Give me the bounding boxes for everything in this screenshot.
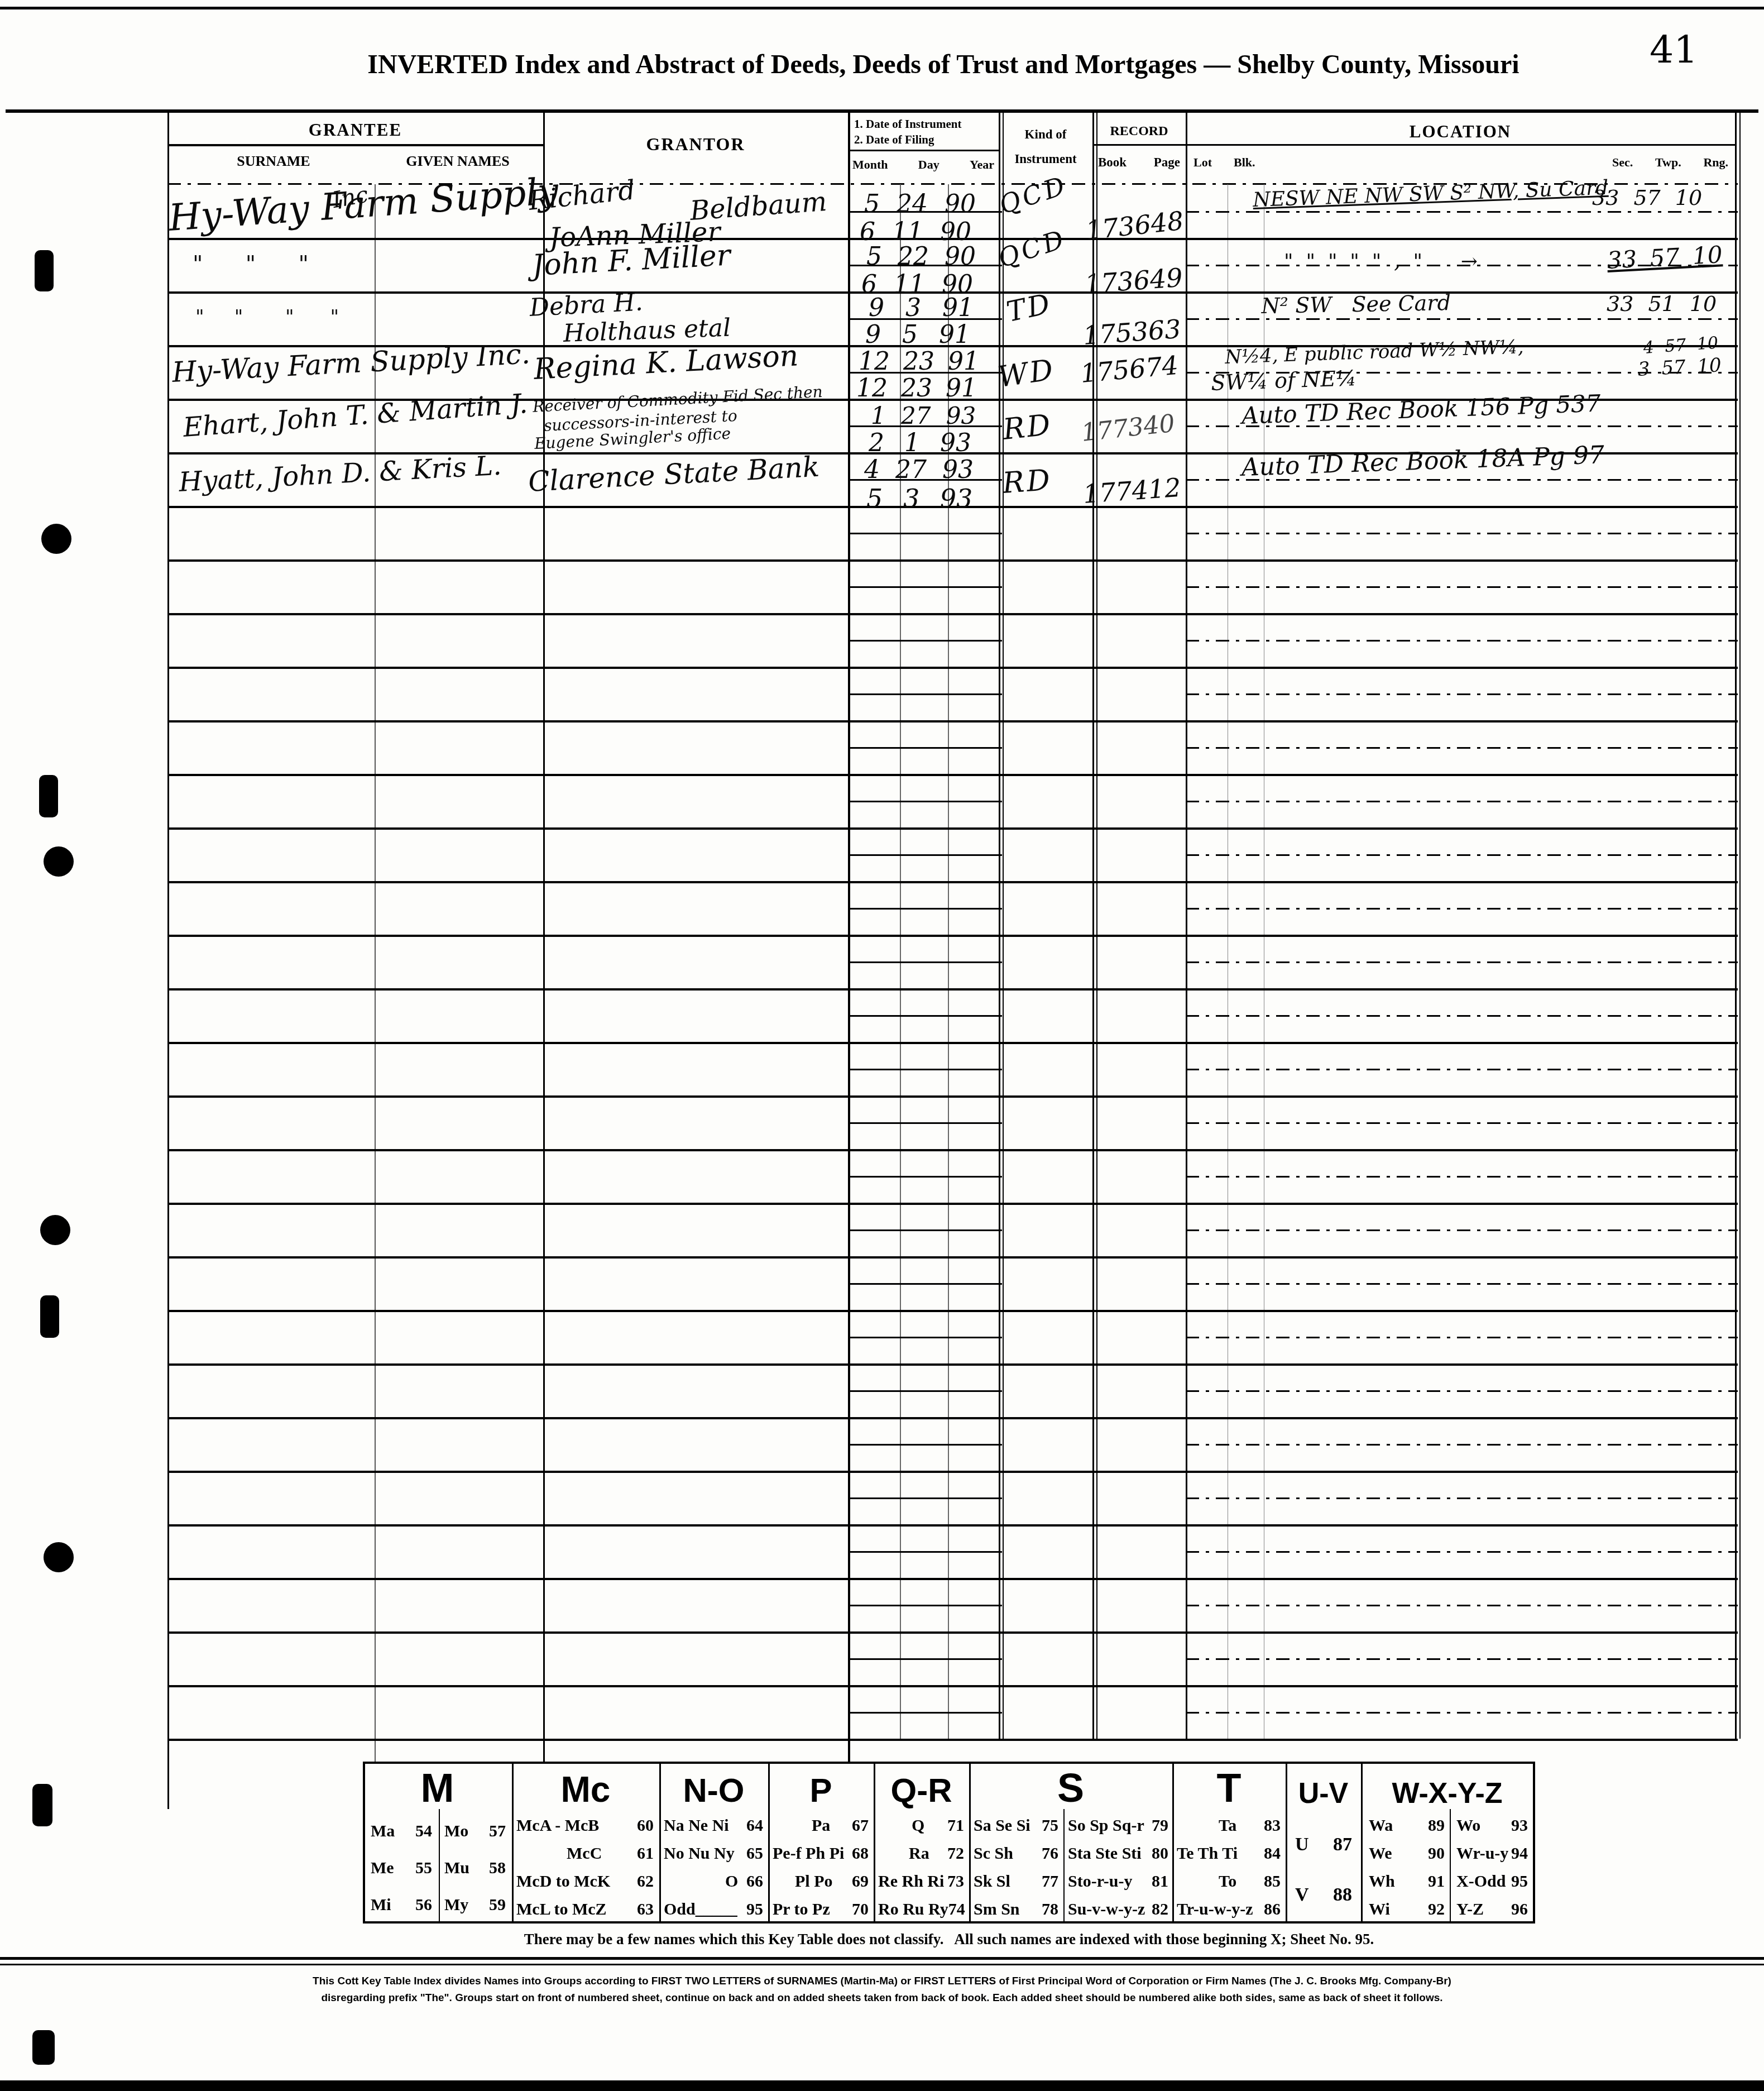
ruled-line bbox=[167, 613, 1738, 615]
key-entry: Te Th Ti84 bbox=[1177, 1841, 1281, 1866]
title-rule bbox=[6, 109, 1758, 113]
key-name: Me bbox=[371, 1859, 394, 1878]
key-name: Wa bbox=[1369, 1816, 1393, 1835]
date-mid-line bbox=[848, 1176, 1002, 1178]
header-sec: Sec. bbox=[1612, 155, 1633, 170]
punch-hole bbox=[40, 1215, 70, 1245]
location-mid-line bbox=[1186, 533, 1738, 534]
record-4-kind: WD bbox=[996, 353, 1057, 394]
key-num: 67 bbox=[852, 1816, 869, 1835]
key-num: 83 bbox=[1264, 1816, 1281, 1835]
key-num: 80 bbox=[1152, 1844, 1168, 1863]
key-letter-wxyz: W-X-Y-Z bbox=[1361, 1777, 1533, 1810]
key-name: Sk Sl bbox=[974, 1872, 1010, 1891]
ruled-line bbox=[167, 935, 1738, 937]
date-mid-line bbox=[848, 1658, 1002, 1660]
record-1-sec-twp-rng: 33 57 10 bbox=[1592, 185, 1702, 210]
table-left-edge bbox=[167, 112, 169, 1809]
header-date-line2: 2. Date of Filing bbox=[854, 133, 934, 147]
key-name: Pa bbox=[812, 1816, 830, 1835]
key-num: 66 bbox=[746, 1872, 763, 1891]
punch-hole bbox=[41, 524, 71, 554]
record-3-location: N² SW See Card bbox=[1261, 290, 1451, 318]
location-mid-line bbox=[1186, 1497, 1738, 1499]
page-top-edge bbox=[0, 7, 1764, 9]
header-blk: Blk. bbox=[1234, 155, 1255, 170]
key-num: 72 bbox=[947, 1844, 964, 1863]
key-entry: Pr to Pz70 bbox=[773, 1897, 869, 1922]
header-year: Year bbox=[970, 157, 994, 172]
key-letter-qr: Q-R bbox=[874, 1771, 969, 1810]
key-num: 88 bbox=[1333, 1884, 1352, 1906]
record-5-record-no: 177340 bbox=[1080, 409, 1176, 447]
key-subdivider-m bbox=[439, 1809, 440, 1923]
table-right-edge-2 bbox=[1739, 112, 1741, 1739]
key-name: Wo bbox=[1456, 1816, 1480, 1835]
header-given-names: GIVEN NAMES bbox=[368, 153, 547, 170]
date-mid-line bbox=[848, 908, 1002, 910]
location-mid-line bbox=[1186, 586, 1738, 588]
date-mid-line bbox=[848, 586, 1002, 588]
key-entry: Re Rh Ri73 bbox=[878, 1869, 964, 1894]
header-kind-line2: Instrument bbox=[999, 152, 1092, 166]
header-rng: Rng. bbox=[1703, 155, 1728, 170]
ruled-line bbox=[167, 1578, 1738, 1580]
location-mid-line bbox=[1186, 854, 1738, 856]
record-5-date-filing: 2 1 93 bbox=[869, 429, 971, 457]
key-entry: Odd_____95 bbox=[664, 1897, 763, 1922]
key-name: Ma bbox=[371, 1822, 395, 1841]
date-underline bbox=[848, 150, 999, 151]
binder-slot bbox=[35, 250, 54, 291]
key-num: 56 bbox=[415, 1896, 432, 1915]
key-num: 64 bbox=[746, 1816, 763, 1835]
key-num: 95 bbox=[1511, 1872, 1528, 1891]
key-entry: Sto-r-u-y81 bbox=[1068, 1869, 1168, 1894]
ruled-line bbox=[167, 1471, 1738, 1473]
location-mid-line bbox=[1186, 1390, 1738, 1392]
binder-slot bbox=[32, 2030, 55, 2065]
date-mid-line bbox=[848, 961, 1002, 963]
key-name: Pe-f Ph Pi bbox=[773, 1844, 844, 1863]
key-num: 77 bbox=[1042, 1872, 1058, 1891]
date-kind-divider bbox=[999, 112, 1000, 1739]
footer-rule-2 bbox=[0, 1964, 1764, 1965]
ruled-line bbox=[167, 1524, 1738, 1527]
key-num: 87 bbox=[1333, 1834, 1352, 1855]
key-name: Sc Sh bbox=[974, 1844, 1013, 1863]
key-entry: McD to McK62 bbox=[516, 1869, 654, 1894]
ruled-line bbox=[167, 1417, 1738, 1419]
ruled-line bbox=[167, 559, 1738, 562]
key-name: Mu bbox=[444, 1859, 469, 1878]
key-entry: Sm Sn78 bbox=[974, 1897, 1058, 1922]
key-entry: Wr-u-y94 bbox=[1456, 1841, 1528, 1866]
record-2-location-ditto: " " " " " , " → bbox=[1284, 250, 1478, 273]
date-mid-line bbox=[848, 693, 1002, 695]
key-num: 79 bbox=[1152, 1816, 1168, 1835]
header-month-day-year: Month Day Year bbox=[852, 157, 994, 172]
key-name: V bbox=[1295, 1884, 1309, 1906]
key-entry: Wo93 bbox=[1456, 1814, 1528, 1838]
key-name: Y-Z bbox=[1456, 1900, 1484, 1919]
page-bottom-edge bbox=[0, 2080, 1764, 2091]
ruled-line bbox=[167, 988, 1738, 991]
ruled-line bbox=[167, 774, 1738, 776]
record-2-grantee-ditto: " " " bbox=[193, 251, 309, 277]
header-month: Month bbox=[852, 157, 888, 172]
location-mid-line bbox=[1186, 640, 1738, 642]
record-2-record-no: 173649 bbox=[1084, 262, 1183, 299]
key-num: 92 bbox=[1428, 1900, 1445, 1919]
header-day: Day bbox=[918, 157, 939, 172]
key-num: 65 bbox=[746, 1844, 763, 1863]
header-date-line1: 1. Date of Instrument bbox=[854, 117, 961, 131]
key-num: 94 bbox=[1511, 1844, 1528, 1863]
key-name: Q bbox=[912, 1816, 924, 1835]
key-num: 95 bbox=[746, 1900, 763, 1919]
key-name: Te Th Ti bbox=[1177, 1844, 1238, 1863]
key-name: Ro Ru Ry bbox=[878, 1900, 948, 1919]
ruled-line bbox=[167, 1685, 1738, 1687]
record-location-divider bbox=[1186, 112, 1187, 1739]
header-book: Book bbox=[1098, 155, 1127, 170]
punch-hole bbox=[44, 846, 74, 877]
key-name: Na Ne Ni bbox=[664, 1816, 729, 1835]
key-name: O bbox=[725, 1872, 738, 1891]
record-4-location-l2: SW¼ of NE¼ bbox=[1210, 366, 1356, 395]
key-name: Mi bbox=[371, 1896, 391, 1915]
key-entry: McL to McZ63 bbox=[516, 1897, 654, 1922]
header-location: LOCATION bbox=[1186, 122, 1735, 142]
date-mid-line bbox=[848, 640, 1002, 642]
location-mid-line bbox=[1186, 1283, 1738, 1285]
date-mid-line bbox=[848, 1551, 1002, 1553]
date-mid-line bbox=[848, 1122, 1002, 1124]
binder-slot bbox=[40, 1295, 59, 1338]
date-mid-line bbox=[848, 1390, 1002, 1392]
key-num: 86 bbox=[1264, 1900, 1281, 1919]
record-6-record-no: 177412 bbox=[1082, 472, 1182, 509]
footer-line-2: disregarding prefix "The". Groups start … bbox=[240, 1992, 1524, 2004]
key-entry: U87 bbox=[1295, 1832, 1352, 1857]
key-num: 59 bbox=[489, 1896, 506, 1915]
footer-rule-1 bbox=[0, 1957, 1764, 1960]
record-1-location: NESW NE NW SW S² NW, Su Card bbox=[1253, 176, 1609, 212]
ruled-line bbox=[167, 881, 1738, 883]
ruled-line bbox=[167, 1631, 1738, 1634]
key-entry: McC61 bbox=[516, 1841, 654, 1866]
key-name: McC bbox=[567, 1844, 602, 1863]
punch-hole bbox=[44, 1542, 74, 1572]
ruled-line bbox=[167, 1095, 1738, 1098]
key-name: So Sp Sq-r bbox=[1068, 1816, 1144, 1835]
record-3-grantor-l2: Holthaus etal bbox=[563, 314, 731, 348]
key-name: Re Rh Ri bbox=[878, 1872, 944, 1891]
ruled-line bbox=[167, 667, 1738, 669]
header-book-page: Book Page bbox=[1098, 155, 1180, 170]
key-num: 96 bbox=[1511, 1900, 1528, 1919]
record-3-date-filing: 9 5 91 bbox=[865, 320, 970, 349]
key-entry: Wi92 bbox=[1369, 1897, 1445, 1922]
key-name: My bbox=[444, 1896, 468, 1915]
ruled-line bbox=[167, 1363, 1738, 1366]
key-name: Sm Sn bbox=[974, 1900, 1020, 1919]
header-page: Page bbox=[1154, 155, 1180, 170]
key-name: Sa Se Si bbox=[974, 1816, 1030, 1835]
record-3-sec-twp-rng: 33 51 10 bbox=[1607, 291, 1717, 316]
key-letter-p: P bbox=[768, 1771, 874, 1810]
key-num: 75 bbox=[1042, 1816, 1058, 1835]
key-num: 90 bbox=[1428, 1844, 1445, 1863]
date-mid-line bbox=[848, 1069, 1002, 1070]
location-mid-line bbox=[1186, 1712, 1738, 1714]
key-subdivider-w bbox=[1450, 1809, 1451, 1923]
key-name: Sta Ste Sti bbox=[1068, 1844, 1142, 1863]
key-name: McA - McB bbox=[516, 1816, 599, 1835]
date-mid-line bbox=[848, 854, 1002, 856]
key-num: 62 bbox=[637, 1872, 654, 1891]
key-entry: To85 bbox=[1177, 1869, 1281, 1894]
key-num: 71 bbox=[947, 1816, 964, 1835]
location-mid-line bbox=[1186, 801, 1738, 802]
location-mid-line bbox=[1186, 1444, 1738, 1446]
ruled-line bbox=[167, 1739, 1738, 1741]
key-name: Wh bbox=[1369, 1872, 1395, 1891]
header-grantee: GRANTEE bbox=[167, 120, 543, 140]
record-4-sec-twp-rng-a: 4 57 10 bbox=[1643, 333, 1719, 358]
key-letter-mc: Mc bbox=[512, 1769, 659, 1810]
key-name: McD to McK bbox=[516, 1872, 610, 1891]
key-num: 73 bbox=[947, 1872, 964, 1891]
key-entry: Na Ne Ni64 bbox=[664, 1814, 763, 1838]
location-mid-line bbox=[1186, 961, 1738, 963]
key-num: 57 bbox=[489, 1822, 506, 1841]
key-entry: Wa89 bbox=[1369, 1814, 1445, 1838]
key-entry: Pa67 bbox=[773, 1814, 869, 1838]
binder-slot bbox=[39, 775, 58, 817]
key-entry: Q71 bbox=[878, 1814, 964, 1838]
record-4-location-l1: N½4, E public road W½ NW¼, bbox=[1225, 336, 1524, 369]
record-3-grantee-ditto: " " " " bbox=[195, 306, 339, 328]
date-mid-line bbox=[848, 1015, 1002, 1017]
record-6-grantee: Hyatt, John D. & Kris L. bbox=[178, 450, 502, 498]
date-mid-line bbox=[848, 1444, 1002, 1446]
key-num: 76 bbox=[1042, 1844, 1058, 1863]
key-entry: X-Odd95 bbox=[1456, 1869, 1528, 1894]
location-mid-line bbox=[1186, 1605, 1738, 1606]
key-name: Wr-u-y bbox=[1456, 1844, 1508, 1863]
ruled-line bbox=[167, 1203, 1738, 1205]
key-entry: My59 bbox=[444, 1893, 506, 1917]
date-mid-line bbox=[848, 1337, 1002, 1338]
ruled-line bbox=[167, 1149, 1738, 1151]
key-name: Odd_____ bbox=[664, 1900, 737, 1919]
record-6-date-instrument: 4 27 93 bbox=[864, 456, 974, 484]
location-mid-line bbox=[1186, 1015, 1738, 1017]
date-kind-divider-2 bbox=[1003, 112, 1004, 1739]
key-name: McL to McZ bbox=[516, 1900, 607, 1919]
date-mid-line bbox=[848, 747, 1002, 749]
key-name: Tr-u-w-y-z bbox=[1177, 1900, 1253, 1919]
record-1-kind: QCD bbox=[995, 170, 1071, 220]
key-letter-no: N-O bbox=[659, 1771, 768, 1810]
date-mid-line bbox=[848, 533, 1002, 534]
key-entry: Ta83 bbox=[1177, 1814, 1281, 1838]
record-5-date-instrument: 1 27 93 bbox=[871, 402, 976, 429]
key-name: Pl Po bbox=[795, 1872, 833, 1891]
key-entry: V88 bbox=[1295, 1883, 1352, 1907]
key-entry: McA - McB60 bbox=[516, 1814, 654, 1838]
record-6-date-filing: 5 3 93 bbox=[866, 484, 972, 514]
key-name: Sto-r-u-y bbox=[1068, 1872, 1133, 1891]
date-mid-line bbox=[848, 1229, 1002, 1231]
key-entry: Ro Ru Ry74 bbox=[878, 1897, 964, 1922]
key-entry: Me55 bbox=[371, 1856, 432, 1881]
key-entry: Tr-u-w-y-z86 bbox=[1177, 1897, 1281, 1922]
key-num: 69 bbox=[852, 1872, 869, 1891]
key-letter-uv: U-V bbox=[1286, 1777, 1361, 1810]
page-title: INVERTED Index and Abstract of Deeds, De… bbox=[240, 49, 1647, 80]
date-mid-line bbox=[848, 1605, 1002, 1606]
key-entry: O66 bbox=[664, 1869, 763, 1894]
key-num: 74 bbox=[948, 1900, 965, 1919]
key-num: 93 bbox=[1511, 1816, 1528, 1835]
header-surname: SURNAME bbox=[184, 153, 363, 170]
location-mid-line bbox=[1186, 1122, 1738, 1124]
key-entry: Mi56 bbox=[371, 1893, 432, 1917]
key-entry: Mu58 bbox=[444, 1856, 506, 1881]
table-right-edge bbox=[1735, 112, 1737, 1739]
key-name: Su-v-w-y-z bbox=[1068, 1900, 1145, 1919]
footer-line-1: This Cott Key Table Index divides Names … bbox=[240, 1975, 1524, 1988]
key-entry: We90 bbox=[1369, 1841, 1445, 1866]
record-6-location: Auto TD Rec Book 18A Pg 97 bbox=[1241, 441, 1605, 482]
key-entry: Y-Z96 bbox=[1456, 1897, 1528, 1922]
record-4-record-no: 175674 bbox=[1079, 350, 1180, 389]
key-num: 54 bbox=[415, 1822, 432, 1841]
header-kind-line1: Kind of bbox=[999, 127, 1092, 142]
key-num: 60 bbox=[637, 1816, 654, 1835]
location-mid-line bbox=[1186, 1337, 1738, 1338]
key-entry: Sa Se Si75 bbox=[974, 1814, 1058, 1838]
ruled-line bbox=[167, 1310, 1738, 1312]
key-table-note: There may be a few names which this Key … bbox=[324, 1931, 1574, 1948]
page-number: 41 bbox=[1650, 28, 1698, 72]
key-num: 85 bbox=[1264, 1872, 1281, 1891]
record-3-date-instrument: 9 3 91 bbox=[869, 294, 974, 322]
record-4-date-filing: 12 23 91 bbox=[856, 374, 977, 403]
ledger-page: INVERTED Index and Abstract of Deeds, De… bbox=[0, 0, 1764, 2091]
key-entry: Sc Sh76 bbox=[974, 1841, 1058, 1866]
key-num: 82 bbox=[1152, 1900, 1168, 1919]
date-mid-line bbox=[848, 801, 1002, 802]
key-num: 55 bbox=[415, 1859, 432, 1878]
record-4-sec-twp-rng-b: 3 57 10 bbox=[1637, 354, 1722, 381]
date-mid-line bbox=[848, 1712, 1002, 1714]
header-grantor: GRANTOR bbox=[543, 134, 848, 155]
record-underline bbox=[1092, 144, 1186, 146]
location-mid-line bbox=[1186, 211, 1738, 213]
location-mid-line bbox=[1186, 693, 1738, 695]
record-6-kind: RD bbox=[1001, 463, 1053, 500]
ruled-line bbox=[167, 1042, 1738, 1044]
key-name: U bbox=[1295, 1834, 1309, 1855]
record-6-grantor: Clarence State Bank bbox=[528, 451, 820, 498]
record-2-kind: QCD bbox=[994, 223, 1070, 274]
location-mid-line bbox=[1186, 908, 1738, 910]
record-2-date-instrument: 5 22 90 bbox=[866, 242, 976, 271]
location-mid-line bbox=[1186, 747, 1738, 749]
key-num: 70 bbox=[852, 1900, 869, 1919]
key-entry: Ma54 bbox=[371, 1819, 432, 1844]
kind-record-divider-2 bbox=[1096, 112, 1097, 1739]
header-record: RECORD bbox=[1092, 124, 1186, 139]
location-mid-line bbox=[1186, 1176, 1738, 1178]
record-2-sec-twp-rng: 33 57 10 bbox=[1606, 241, 1723, 274]
record-4-date-instrument: 12 23 91 bbox=[859, 347, 979, 376]
key-name: Ra bbox=[909, 1844, 929, 1863]
key-num: 63 bbox=[637, 1900, 654, 1919]
key-num: 61 bbox=[637, 1844, 654, 1863]
key-num: 58 bbox=[489, 1859, 506, 1878]
grantee-underline bbox=[167, 144, 543, 146]
location-mid-line bbox=[1186, 1658, 1738, 1660]
key-num: 68 bbox=[852, 1844, 869, 1863]
key-letter-s: S bbox=[969, 1765, 1172, 1811]
record-5-grantee: Ehart, John T. & Martin J. bbox=[182, 388, 529, 443]
date-mid-line bbox=[848, 1497, 1002, 1499]
key-entry: Su-v-w-y-z82 bbox=[1068, 1897, 1168, 1922]
ruled-line bbox=[167, 1256, 1738, 1259]
ruled-line bbox=[167, 827, 1738, 830]
key-entry: So Sp Sq-r79 bbox=[1068, 1814, 1168, 1838]
key-entry: Sta Ste Sti80 bbox=[1068, 1841, 1168, 1866]
header-lot: Lot bbox=[1193, 155, 1212, 170]
location-mid-line bbox=[1186, 318, 1738, 320]
key-letter-m: M bbox=[363, 1765, 512, 1811]
key-num: 84 bbox=[1264, 1844, 1281, 1863]
location-mid-line bbox=[1186, 1229, 1738, 1231]
kind-record-divider bbox=[1092, 112, 1094, 1739]
key-name: No Nu Ny bbox=[664, 1844, 735, 1863]
record-1-date-instrument: 5 24 90 bbox=[864, 190, 976, 218]
key-entry: Pe-f Ph Pi68 bbox=[773, 1841, 869, 1866]
key-entry: Wh91 bbox=[1369, 1869, 1445, 1894]
key-name: We bbox=[1369, 1844, 1392, 1863]
location-mid-line bbox=[1186, 1069, 1738, 1070]
key-letter-t: T bbox=[1172, 1765, 1286, 1811]
key-name: Wi bbox=[1369, 1900, 1390, 1919]
ruled-line bbox=[167, 720, 1738, 722]
location-underline bbox=[1186, 144, 1735, 146]
key-num: 89 bbox=[1428, 1816, 1445, 1835]
record-5-location: Auto TD Rec Book 156 Pg 537 bbox=[1241, 390, 1601, 429]
key-name: Mo bbox=[444, 1822, 468, 1841]
key-num: 91 bbox=[1428, 1872, 1445, 1891]
key-entry: Ra72 bbox=[878, 1841, 964, 1866]
header-twp: Twp. bbox=[1655, 155, 1681, 170]
key-entry: Sk Sl77 bbox=[974, 1869, 1058, 1894]
key-subdivider-s bbox=[1063, 1809, 1065, 1923]
binder-slot bbox=[32, 1784, 52, 1826]
key-name: Pr to Pz bbox=[773, 1900, 830, 1919]
key-entry: Pl Po69 bbox=[773, 1869, 869, 1894]
key-name: Ta bbox=[1219, 1816, 1236, 1835]
key-name: X-Odd bbox=[1456, 1872, 1506, 1891]
key-entry: No Nu Ny65 bbox=[664, 1841, 763, 1866]
key-entry: Mo57 bbox=[444, 1819, 506, 1844]
